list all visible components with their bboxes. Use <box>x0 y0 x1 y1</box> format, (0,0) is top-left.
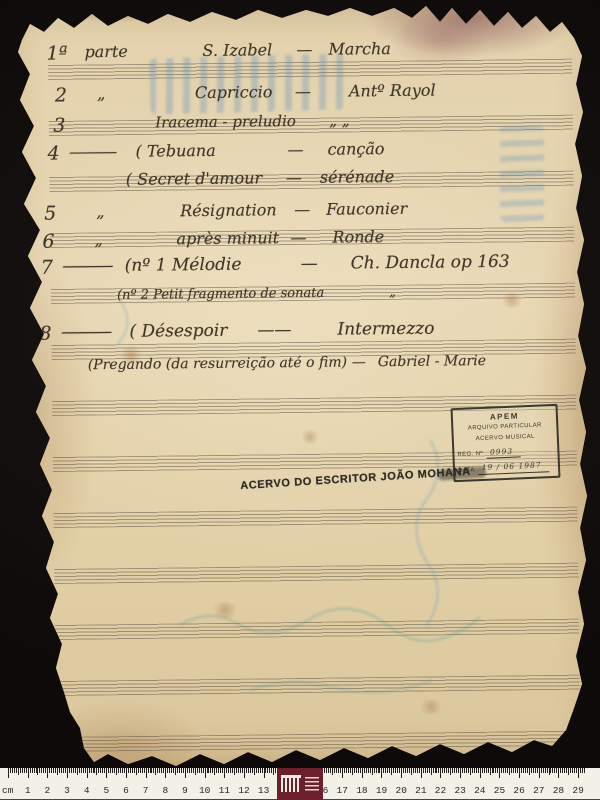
stamp-reg-label: REG. Nº <box>457 450 483 460</box>
ruler-tick <box>425 768 426 773</box>
ruler-tick <box>336 768 337 773</box>
ruler-tick <box>409 768 410 773</box>
entry-dash: — <box>301 254 318 274</box>
ruler-tick <box>116 768 117 775</box>
ruler-tick <box>525 768 526 773</box>
ruler-tick <box>36 768 37 773</box>
ruler-tick <box>165 768 166 778</box>
ruler-tick <box>505 768 506 773</box>
ruler-tick <box>399 768 400 773</box>
ruler-tick <box>185 768 186 778</box>
ruler-number: 12 <box>238 785 249 796</box>
ruler-tick <box>177 768 178 773</box>
ruler-tick <box>130 768 131 773</box>
ruler-tick <box>146 768 147 778</box>
entry-auth: Ch. Dancla op 163 <box>351 252 510 274</box>
ruler-tick <box>470 768 471 775</box>
ruler-tick <box>32 768 33 773</box>
ruler-tick <box>529 768 530 775</box>
ruler-tick <box>401 768 402 778</box>
entry-auth: „ <box>389 285 396 300</box>
ruler-tick <box>87 768 88 778</box>
ruler-tick <box>531 768 532 773</box>
ruler-tick <box>370 768 371 773</box>
entry-num: 7 <box>41 257 53 279</box>
ruler-tick <box>517 768 518 773</box>
ruler-tick <box>549 768 550 775</box>
ruler-tick <box>374 768 375 773</box>
ruler-tick <box>203 768 204 773</box>
entry-title: (nº 1 Mélodie <box>125 255 242 276</box>
ruler-tick <box>142 768 143 773</box>
ruler-tick <box>446 768 447 773</box>
ruler-tick <box>262 768 263 773</box>
ruler-tick <box>12 768 13 773</box>
ruler-tick <box>372 768 373 775</box>
ruler-tick <box>574 768 575 773</box>
ruler-tick <box>364 768 365 773</box>
ruler-tick <box>354 768 355 773</box>
entry-auth: Fauconier <box>326 199 407 219</box>
index-entry: 1ªparteS. Izabel—Marcha <box>0 37 596 43</box>
ruler-tick <box>14 768 15 773</box>
ruler-number: 1 <box>25 785 31 796</box>
ruler-tick <box>368 768 369 773</box>
entry-title: Iracema - preludio <box>155 112 296 131</box>
entry-title: ( Désespoir <box>129 321 227 342</box>
ruler-tick <box>246 768 247 773</box>
ruler-tick <box>163 768 164 773</box>
ruler-tick <box>387 768 388 773</box>
ruler-tick <box>8 768 9 778</box>
ruler-tick <box>511 768 512 773</box>
ruler-tick <box>564 768 565 773</box>
ruler-tick <box>222 768 223 773</box>
ruler-tick <box>155 768 156 775</box>
measurement-ruler: cm 1234567891011121314151617181920212223… <box>0 768 600 800</box>
ruler-tick <box>419 768 420 773</box>
ruler-tick <box>578 768 579 778</box>
ruler-number: 6 <box>123 785 129 796</box>
ruler-tick <box>207 768 208 773</box>
ruler-number: 18 <box>356 785 367 796</box>
ruler-tick <box>490 768 491 775</box>
archive-logo <box>277 768 323 800</box>
ruler-unit-label: cm <box>2 785 13 796</box>
entry-dash: — <box>290 228 306 247</box>
ruler-tick <box>41 768 42 773</box>
ruler-tick <box>417 768 418 773</box>
ruler-tick <box>397 768 398 773</box>
ruler-tick <box>159 768 160 773</box>
ruler-tick <box>100 768 101 773</box>
ruler-tick <box>362 768 363 778</box>
ruler-tick <box>24 768 25 773</box>
ruler-tick <box>161 768 162 773</box>
entry-title: Capriccio <box>195 82 273 102</box>
ruler-tick <box>478 768 479 773</box>
entry-pre: „ <box>96 202 104 221</box>
ruler-tick <box>486 768 487 773</box>
ruler-tick <box>267 768 268 773</box>
ruler-tick <box>562 768 563 773</box>
ruler-tick <box>403 768 404 773</box>
ruler-tick <box>391 768 392 775</box>
ruler-tick <box>175 768 176 775</box>
ruler-tick <box>167 768 168 773</box>
ruler-tick <box>144 768 145 773</box>
ruler-tick <box>407 768 408 773</box>
ruler-tick <box>547 768 548 773</box>
ruler-tick <box>224 768 225 778</box>
ruler-tick <box>497 768 498 773</box>
ruler-number: 13 <box>258 785 269 796</box>
index-entry: 3Iracema - preludio„ „ <box>0 109 597 115</box>
ruler-tick <box>433 768 434 773</box>
ruler-tick <box>228 768 229 773</box>
ruler-tick <box>464 768 465 773</box>
ruler-number: 8 <box>162 785 168 796</box>
ruler-tick <box>472 768 473 773</box>
entry-num: 5 <box>44 203 56 225</box>
ruler-tick <box>495 768 496 773</box>
ruler-tick <box>244 768 245 778</box>
entry-num: 2 <box>55 84 67 106</box>
ruler-tick <box>234 768 235 775</box>
ruler-tick <box>376 768 377 773</box>
ruler-tick <box>83 768 84 773</box>
entry-pre: — <box>61 256 116 277</box>
ruler-number: 22 <box>435 785 446 796</box>
ruler-number: 2 <box>45 785 51 796</box>
ruler-tick <box>49 768 50 773</box>
ruler-tick <box>393 768 394 773</box>
ruler-tick <box>452 768 453 773</box>
ruler-number: 3 <box>64 785 70 796</box>
ruler-tick <box>468 768 469 773</box>
ruler-tick <box>47 768 48 778</box>
ruler-tick <box>258 768 259 773</box>
handwritten-index: 1ªparteS. Izabel—Marcha2„Capriccio—Antº … <box>0 0 600 771</box>
index-entry: 2„Capriccio—Antº Rayol <box>0 79 597 85</box>
ruler-tick <box>543 768 544 773</box>
entry-auth: Marcha <box>328 39 391 59</box>
ruler-tick <box>492 768 493 773</box>
ruler-tick <box>110 768 111 773</box>
ruler-tick <box>16 768 17 773</box>
ruler-tick <box>75 768 76 773</box>
ruler-tick <box>69 768 70 773</box>
ruler-tick <box>570 768 571 773</box>
entry-auth: Gabriel - Marie <box>378 353 486 370</box>
ruler-tick <box>539 768 540 778</box>
logo-text-lines <box>305 777 319 791</box>
ruler-tick <box>26 768 27 773</box>
entry-title: (Pregando (da resurreição até o fim) <box>88 355 347 374</box>
ruler-tick <box>183 768 184 773</box>
entry-dash: —— <box>257 320 291 340</box>
index-entry: 8—( Désespoir——Intermezzo <box>0 317 599 323</box>
ruler-tick <box>226 768 227 773</box>
ruler-tick <box>199 768 200 773</box>
ruler-number: 4 <box>84 785 90 796</box>
ruler-tick <box>208 768 209 773</box>
ruler-tick <box>519 768 520 778</box>
ruler-tick <box>568 768 569 775</box>
ruler-tick <box>456 768 457 773</box>
ruler-number: 24 <box>474 785 485 796</box>
ruler-tick <box>220 768 221 773</box>
ruler-tick <box>474 768 475 773</box>
ruler-tick <box>106 768 107 778</box>
ruler-tick <box>254 768 255 775</box>
ruler-tick <box>265 768 266 773</box>
ruler-tick <box>238 768 239 773</box>
ruler-tick <box>201 768 202 773</box>
ruler-tick <box>427 768 428 773</box>
ruler-tick <box>381 768 382 778</box>
ruler-tick <box>509 768 510 775</box>
ruler-tick <box>421 768 422 778</box>
ruler-tick <box>366 768 367 773</box>
ruler-tick <box>462 768 463 773</box>
ruler-tick <box>264 768 265 778</box>
ruler-tick <box>118 768 119 773</box>
ruler-tick <box>20 768 21 773</box>
ruler-tick <box>454 768 455 773</box>
entry-auth: „ „ <box>329 111 349 129</box>
ruler-tick <box>435 768 436 773</box>
ruler-tick <box>554 768 555 773</box>
ruler-tick <box>501 768 502 773</box>
entry-pre: „ <box>97 84 105 103</box>
ruler-tick <box>558 768 559 778</box>
entry-num: 6 <box>42 231 54 253</box>
entry-title: (nº 2 Petit fragmento de sonata <box>117 286 324 303</box>
ruler-tick <box>342 768 343 778</box>
ruler-tick <box>140 768 141 773</box>
ruler-tick <box>482 768 483 773</box>
entry-num: 3 <box>53 114 65 136</box>
ruler-tick <box>98 768 99 773</box>
ruler-tick <box>348 768 349 773</box>
ruler-number: 29 <box>572 785 583 796</box>
ruler-tick <box>576 768 577 773</box>
ruler-tick <box>466 768 467 773</box>
ruler-tick <box>273 768 274 775</box>
ruler-number: 20 <box>396 785 407 796</box>
ruler-tick <box>440 768 441 778</box>
ruler-tick <box>566 768 567 773</box>
ruler-tick <box>550 768 551 773</box>
ruler-tick <box>584 768 585 773</box>
ruler-tick <box>338 768 339 773</box>
entry-title: ( Secret d'amour <box>126 168 262 188</box>
entry-pre: — <box>67 142 118 162</box>
ruler-tick <box>324 768 325 773</box>
index-entry: 7—(nº 1 Mélodie—Ch. Dancla op 163 <box>0 251 599 257</box>
ruler-tick <box>210 768 211 773</box>
ruler-tick <box>350 768 351 773</box>
ruler-tick <box>128 768 129 773</box>
ruler-tick <box>150 768 151 773</box>
ruler-tick <box>214 768 215 775</box>
ruler-tick <box>499 768 500 778</box>
ruler-tick <box>537 768 538 773</box>
ruler-tick <box>503 768 504 773</box>
ruler-tick <box>256 768 257 773</box>
ruler-tick <box>91 768 92 773</box>
ruler-tick <box>28 768 29 778</box>
ruler-tick <box>458 768 459 773</box>
ruler-tick <box>334 768 335 773</box>
index-entry: 6„après minuit—Ronde <box>0 225 598 231</box>
ruler-number: 7 <box>143 785 149 796</box>
ruler-number: 21 <box>415 785 426 796</box>
ruler-tick <box>460 768 461 778</box>
entry-auth: Ronde <box>332 227 384 247</box>
ruler-tick <box>580 768 581 773</box>
ruler-tick <box>18 768 19 775</box>
ruler-tick <box>356 768 357 773</box>
ruler-tick <box>126 768 127 778</box>
ruler-tick <box>513 768 514 773</box>
ruler-tick <box>102 768 103 773</box>
ruler-tick <box>415 768 416 773</box>
entry-num: 1ª <box>46 42 67 64</box>
ruler-tick <box>248 768 249 773</box>
ruler-tick <box>22 768 23 773</box>
ruler-tick <box>582 768 583 773</box>
ruler-number: 17 <box>337 785 348 796</box>
ruler-tick <box>556 768 557 773</box>
entry-title: S. Izabel <box>202 40 272 60</box>
ruler-tick <box>63 768 64 773</box>
entry-dash: — <box>352 354 366 370</box>
ruler-tick <box>444 768 445 773</box>
ruler-number: 11 <box>219 785 230 796</box>
ruler-tick <box>545 768 546 773</box>
ruler-tick <box>189 768 190 773</box>
ruler-tick <box>67 768 68 778</box>
ruler-tick <box>560 768 561 773</box>
ruler-tick <box>134 768 135 773</box>
entry-title: ( Tebuana <box>135 141 215 161</box>
ruler-tick <box>136 768 137 775</box>
ruler-tick <box>533 768 534 773</box>
ruler-tick <box>240 768 241 773</box>
ruler-tick <box>45 768 46 773</box>
ruler-tick <box>572 768 573 773</box>
ruler-tick <box>413 768 414 773</box>
ruler-tick <box>53 768 54 773</box>
ruler-tick <box>112 768 113 773</box>
ruler-tick <box>94 768 95 773</box>
entry-pre: parte <box>84 42 128 61</box>
ruler-tick <box>429 768 430 773</box>
ruler-tick <box>269 768 270 773</box>
ruler-tick <box>344 768 345 773</box>
ruler-tick <box>122 768 123 773</box>
ruler-tick <box>195 768 196 775</box>
ruler-number: 5 <box>103 785 109 796</box>
manuscript-page: 1ªparteS. Izabel—Marcha2„Capriccio—Antº … <box>0 0 600 768</box>
ruler-tick <box>535 768 536 773</box>
ruler-tick <box>108 768 109 773</box>
ruler-tick <box>39 768 40 773</box>
ruler-tick <box>236 768 237 773</box>
ruler-tick <box>450 768 451 775</box>
ruler-tick <box>212 768 213 773</box>
ruler-tick <box>332 768 333 775</box>
entry-dash: — <box>294 200 310 219</box>
ruler-tick <box>193 768 194 773</box>
ruler-tick <box>59 768 60 773</box>
entry-auth: canção <box>327 139 384 159</box>
entry-title: après minuit <box>176 228 279 248</box>
index-entry: (Pregando (da resurreição até o fim)—Gab… <box>0 352 600 358</box>
entry-dash: — <box>287 140 303 159</box>
entry-title: Résignation <box>180 200 277 220</box>
index-entry: (nº 2 Petit fragmento de sonata„ <box>0 283 599 289</box>
ruler-tick <box>124 768 125 773</box>
ruler-tick <box>431 768 432 775</box>
ruler-tick <box>81 768 82 773</box>
ruler-tick <box>181 768 182 773</box>
ruler-tick <box>79 768 80 773</box>
entry-dash: — <box>295 82 311 101</box>
ruler-tick <box>191 768 192 773</box>
entry-auth: Antº Rayol <box>349 81 436 101</box>
ruler-tick <box>552 768 553 773</box>
ruler-tick <box>346 768 347 773</box>
entry-auth: Intermezzo <box>337 319 434 340</box>
ruler-tick <box>448 768 449 773</box>
ruler-tick <box>480 768 481 778</box>
ruler-tick <box>385 768 386 773</box>
ruler-tick <box>89 768 90 773</box>
ruler-tick <box>85 768 86 773</box>
ruler-tick <box>340 768 341 773</box>
ruler-tick <box>232 768 233 773</box>
ruler-number: 27 <box>533 785 544 796</box>
ruler-number: 26 <box>513 785 524 796</box>
index-entry: 4—( Tebuana—canção <box>0 137 597 143</box>
ruler-tick <box>521 768 522 773</box>
ruler-number: 25 <box>494 785 505 796</box>
ruler-tick <box>515 768 516 773</box>
ruler-tick <box>389 768 390 773</box>
entry-dash: — <box>296 40 312 59</box>
ruler-number: 10 <box>199 785 210 796</box>
ruler-tick <box>218 768 219 773</box>
index-entry: ( Secret d'amour—sérénade <box>0 165 598 171</box>
ruler-tick <box>61 768 62 773</box>
ruler-tick <box>250 768 251 773</box>
ruler-tick <box>242 768 243 773</box>
ruler-tick <box>197 768 198 773</box>
entry-pre: „ <box>94 230 102 249</box>
ruler-tick <box>352 768 353 775</box>
entry-auth: sérénade <box>320 167 395 187</box>
ruler-tick <box>260 768 261 773</box>
ruler-tick <box>171 768 172 773</box>
palace-building-icon <box>281 775 301 792</box>
ruler-tick <box>411 768 412 775</box>
ruler-tick <box>57 768 58 775</box>
ruler-tick <box>132 768 133 773</box>
index-entry: 5„Résignation—Fauconier <box>0 197 598 203</box>
